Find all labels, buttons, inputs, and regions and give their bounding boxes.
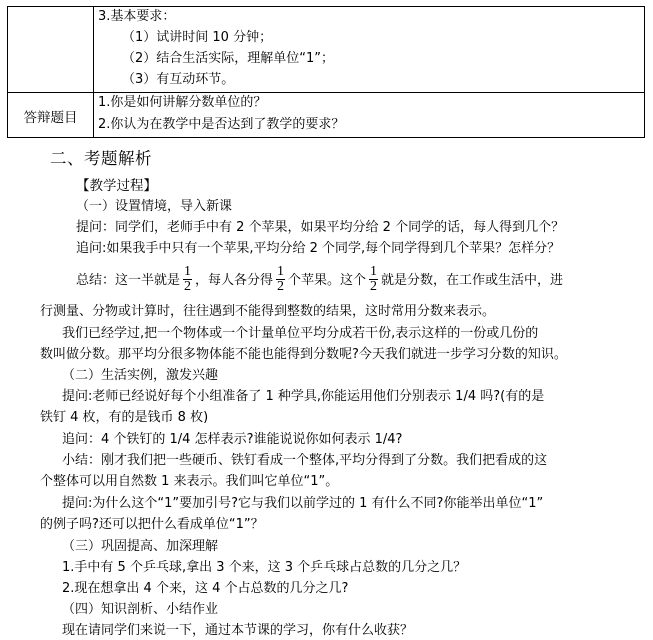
part2-summary-continued: 个整体可以用自然数 1 来表示。我们叫它单位“1”。 bbox=[40, 472, 338, 492]
part2-question: 提问:老师已经说好每个小组准备了 1 种学具,你能运用他们分别表示 1/4 吗?… bbox=[62, 387, 544, 407]
summary-text: ，每人各分得 bbox=[195, 273, 273, 288]
fraction-one-half: 12 bbox=[183, 265, 192, 294]
requirement-item: （2）结合生活实际，理解单位“1”； bbox=[122, 49, 334, 69]
fraction-one-half: 12 bbox=[369, 265, 378, 294]
part4-text: 现在请同学们来说一下，通过本节课的学习，你有什么收获？ bbox=[62, 621, 413, 640]
part1-summary-continued: 行测量、分物或计算时，往往遇到不能得到整数的结果，这时常用分数来表示。 bbox=[40, 302, 495, 322]
defense-question: 2.你认为在教学中是否达到了教学的要求？ bbox=[98, 115, 344, 135]
part1-question: 提问：同学们，老师手中有 2 个苹果，如果平均分给 2 个同学的话，每人得到几个… bbox=[76, 218, 564, 238]
defense-questions-label: 答辩题目 bbox=[8, 93, 93, 138]
summary-text: 就是分数，在工作或生活中，进 bbox=[381, 273, 563, 288]
part1-paragraph-continued: 数叫做分数。那平均分很多物体能不能也能得到分数呢?今天我们就进一步学习分数的知识… bbox=[40, 345, 567, 365]
table-column-divider bbox=[93, 7, 94, 137]
fraction-one-half: 12 bbox=[276, 265, 285, 294]
part1-summary: 总结：这一半就是12，每人各分得12个苹果。这个12就是分数，在工作或生活中，进 bbox=[76, 266, 563, 295]
section-heading: 二、考题解析 bbox=[50, 148, 152, 170]
teaching-process-heading: 【教学过程】 bbox=[76, 176, 157, 196]
part1-followup: 追问:如果我手中只有一个苹果,平均分给 2 个同学,每个同学得到几个苹果？怎样分… bbox=[76, 239, 560, 259]
document-page: 3.基本要求： （1）试讲时间 10 分钟； （2）结合生活实际，理解单位“1”… bbox=[0, 0, 653, 640]
summary-text: 总结：这一半就是 bbox=[76, 273, 180, 288]
part2-title: （二）生活实例，激发兴趣 bbox=[62, 366, 218, 386]
requirement-item: （1）试讲时间 10 分钟； bbox=[122, 28, 272, 48]
part2-question-continued: 的例子吗?还可以把什么看成单位“1”？ bbox=[40, 515, 264, 535]
part2-question-continued: 铁钉 4 枚，有的是钱币 8 枚) bbox=[40, 408, 208, 428]
part1-paragraph: 我们已经学过,把一个物体或一个计量单位平均分成若干份,表示这样的一份或几份的 bbox=[62, 324, 538, 344]
summary-text: 个苹果。这个 bbox=[288, 273, 366, 288]
part3-title: （三）巩固提高、加深理解 bbox=[62, 537, 218, 557]
part3-exercise: 2.现在想拿出 4 个来，这 4 个占总数的几分之几? bbox=[62, 579, 348, 599]
part4-title: （四）知识剖析、小结作业 bbox=[62, 600, 218, 620]
part2-summary: 小结：刚才我们把一些硬币、铁钉看成一个整体,平均分得到了分数。我们把看成的这 bbox=[62, 451, 547, 471]
part2-followup: 追问：4 个铁钉的 1/4 怎样表示?谁能说说你如何表示 1/4? bbox=[62, 430, 402, 450]
requirements-table: 3.基本要求： （1）试讲时间 10 分钟； （2）结合生活实际，理解单位“1”… bbox=[7, 6, 645, 138]
part3-exercise: 1.手中有 5 个乒乓球,拿出 3 个来，这 3 个乒乓球占总数的几分之几？ bbox=[62, 558, 466, 578]
defense-question: 1.你是如何讲解分数单位的？ bbox=[98, 93, 266, 113]
requirements-heading: 3.基本要求： bbox=[98, 7, 175, 27]
part2-question: 提问:为什么这个“1”要加引号?它与我们以前学过的 1 有什么不同?你能举出单位… bbox=[62, 494, 543, 514]
requirement-item: （3）有互动环节。 bbox=[122, 70, 234, 90]
part1-title: （一）设置情境，导入新课 bbox=[76, 197, 232, 217]
